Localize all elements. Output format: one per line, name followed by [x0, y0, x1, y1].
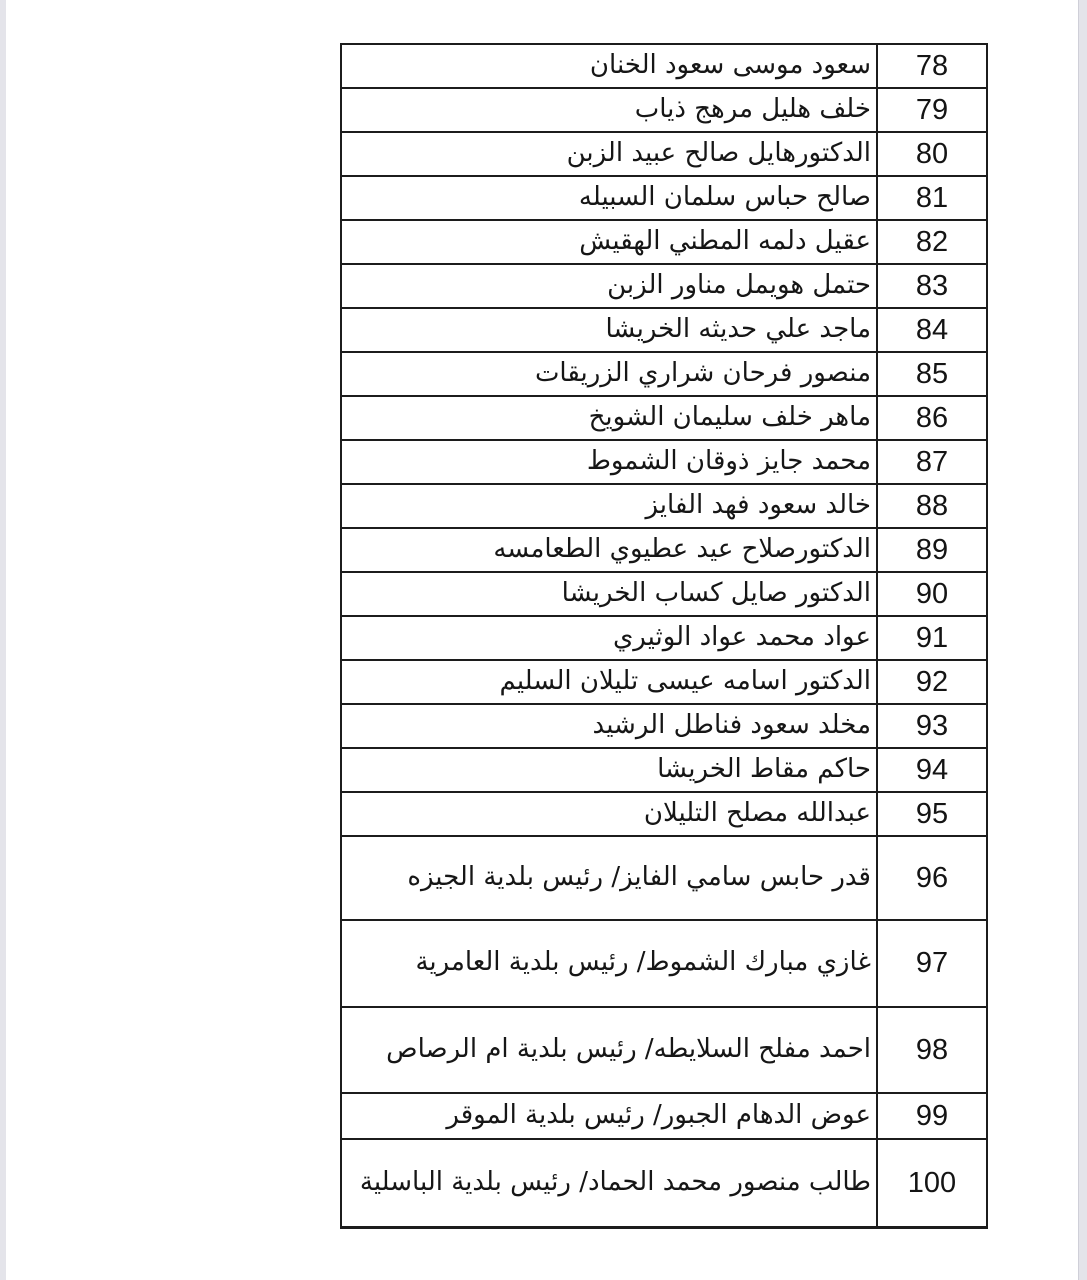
name-cell: مخلد سعود فناطل الرشيد	[342, 705, 876, 747]
number-cell: 94	[876, 749, 986, 791]
name-cell: صالح حباس سلمان السبيله	[342, 177, 876, 219]
name-cell: ماهر خلف سليمان الشويخ	[342, 397, 876, 439]
number-cell: 88	[876, 485, 986, 527]
table-row: عوض الدهام الجبور/ رئيس بلدية الموقر99	[342, 1094, 986, 1140]
number-cell: 97	[876, 921, 986, 1006]
table-row: عقيل دلمه المطني الهقيش82	[342, 221, 986, 265]
number-cell: 90	[876, 573, 986, 615]
table-row: الدكتور اسامه عيسى تليلان السليم92	[342, 661, 986, 705]
name-cell: طالب منصور محمد الحماد/ رئيس بلدية الباس…	[342, 1140, 876, 1226]
number-cell: 96	[876, 837, 986, 919]
name-cell: خلف هليل مرهج ذياب	[342, 89, 876, 131]
number-cell: 91	[876, 617, 986, 659]
number-cell: 82	[876, 221, 986, 263]
name-cell: الدكتور اسامه عيسى تليلان السليم	[342, 661, 876, 703]
page-right-edge-strip	[1078, 0, 1087, 1280]
name-cell: ماجد علي حديثه الخريشا	[342, 309, 876, 351]
table-row: ماجد علي حديثه الخريشا84	[342, 309, 986, 353]
name-cell: عوض الدهام الجبور/ رئيس بلدية الموقر	[342, 1094, 876, 1138]
name-cell: عواد محمد عواد الوثيري	[342, 617, 876, 659]
number-cell: 80	[876, 133, 986, 175]
table-row: محمد جايز ذوقان الشموط87	[342, 441, 986, 485]
table-row: سعود موسى سعود الخنان78	[342, 45, 986, 89]
number-cell: 99	[876, 1094, 986, 1138]
table-row: مخلد سعود فناطل الرشيد93	[342, 705, 986, 749]
table-row: عبدالله مصلح التليلان95	[342, 793, 986, 837]
table-row: حتمل هويمل مناور الزبن83	[342, 265, 986, 309]
number-cell: 84	[876, 309, 986, 351]
number-cell: 100	[876, 1140, 986, 1226]
name-cell: الدكتورصلاح عيد عطيوي الطعامسه	[342, 529, 876, 571]
number-cell: 81	[876, 177, 986, 219]
number-cell: 89	[876, 529, 986, 571]
table-row: حاكم مقاط الخريشا94	[342, 749, 986, 793]
table-row: الدكتور صايل كساب الخريشا90	[342, 573, 986, 617]
table-row: خلف هليل مرهج ذياب79	[342, 89, 986, 133]
number-cell: 79	[876, 89, 986, 131]
name-cell: عقيل دلمه المطني الهقيش	[342, 221, 876, 263]
name-cell: حاكم مقاط الخريشا	[342, 749, 876, 791]
name-cell: حتمل هويمل مناور الزبن	[342, 265, 876, 307]
number-cell: 98	[876, 1008, 986, 1092]
name-cell: خالد سعود فهد الفايز	[342, 485, 876, 527]
name-cell: احمد مفلح السلايطه/ رئيس بلدية ام الرصاص	[342, 1008, 876, 1092]
table-row: خالد سعود فهد الفايز88	[342, 485, 986, 529]
number-cell: 92	[876, 661, 986, 703]
table-row: غازي مبارك الشموط/ رئيس بلدية العامرية97	[342, 921, 986, 1008]
table-row: ماهر خلف سليمان الشويخ86	[342, 397, 986, 441]
table-row: عواد محمد عواد الوثيري91	[342, 617, 986, 661]
table-row: قدر حابس سامي الفايز/ رئيس بلدية الجيزه9…	[342, 837, 986, 921]
number-cell: 83	[876, 265, 986, 307]
table-row: الدكتورهايل صالح عبيد الزبن80	[342, 133, 986, 177]
table-row: احمد مفلح السلايطه/ رئيس بلدية ام الرصاص…	[342, 1008, 986, 1094]
table-row: صالح حباس سلمان السبيله81	[342, 177, 986, 221]
page-left-edge-strip	[0, 0, 6, 1280]
document-page: { "page": { "type": "scanned-list-docume…	[0, 0, 1087, 1280]
name-cell: سعود موسى سعود الخنان	[342, 45, 876, 87]
number-cell: 87	[876, 441, 986, 483]
names-table: سعود موسى سعود الخنان78خلف هليل مرهج ذيا…	[340, 43, 988, 1229]
number-cell: 78	[876, 45, 986, 87]
name-cell: قدر حابس سامي الفايز/ رئيس بلدية الجيزه	[342, 837, 876, 919]
table-row: الدكتورصلاح عيد عطيوي الطعامسه89	[342, 529, 986, 573]
name-cell: عبدالله مصلح التليلان	[342, 793, 876, 835]
table-row: طالب منصور محمد الحماد/ رئيس بلدية الباس…	[342, 1140, 986, 1226]
name-cell: محمد جايز ذوقان الشموط	[342, 441, 876, 483]
table-row: منصور فرحان شراري الزريقات85	[342, 353, 986, 397]
number-cell: 86	[876, 397, 986, 439]
name-cell: غازي مبارك الشموط/ رئيس بلدية العامرية	[342, 921, 876, 1006]
number-cell: 93	[876, 705, 986, 747]
number-cell: 95	[876, 793, 986, 835]
name-cell: منصور فرحان شراري الزريقات	[342, 353, 876, 395]
name-cell: الدكتور صايل كساب الخريشا	[342, 573, 876, 615]
name-cell: الدكتورهايل صالح عبيد الزبن	[342, 133, 876, 175]
number-cell: 85	[876, 353, 986, 395]
